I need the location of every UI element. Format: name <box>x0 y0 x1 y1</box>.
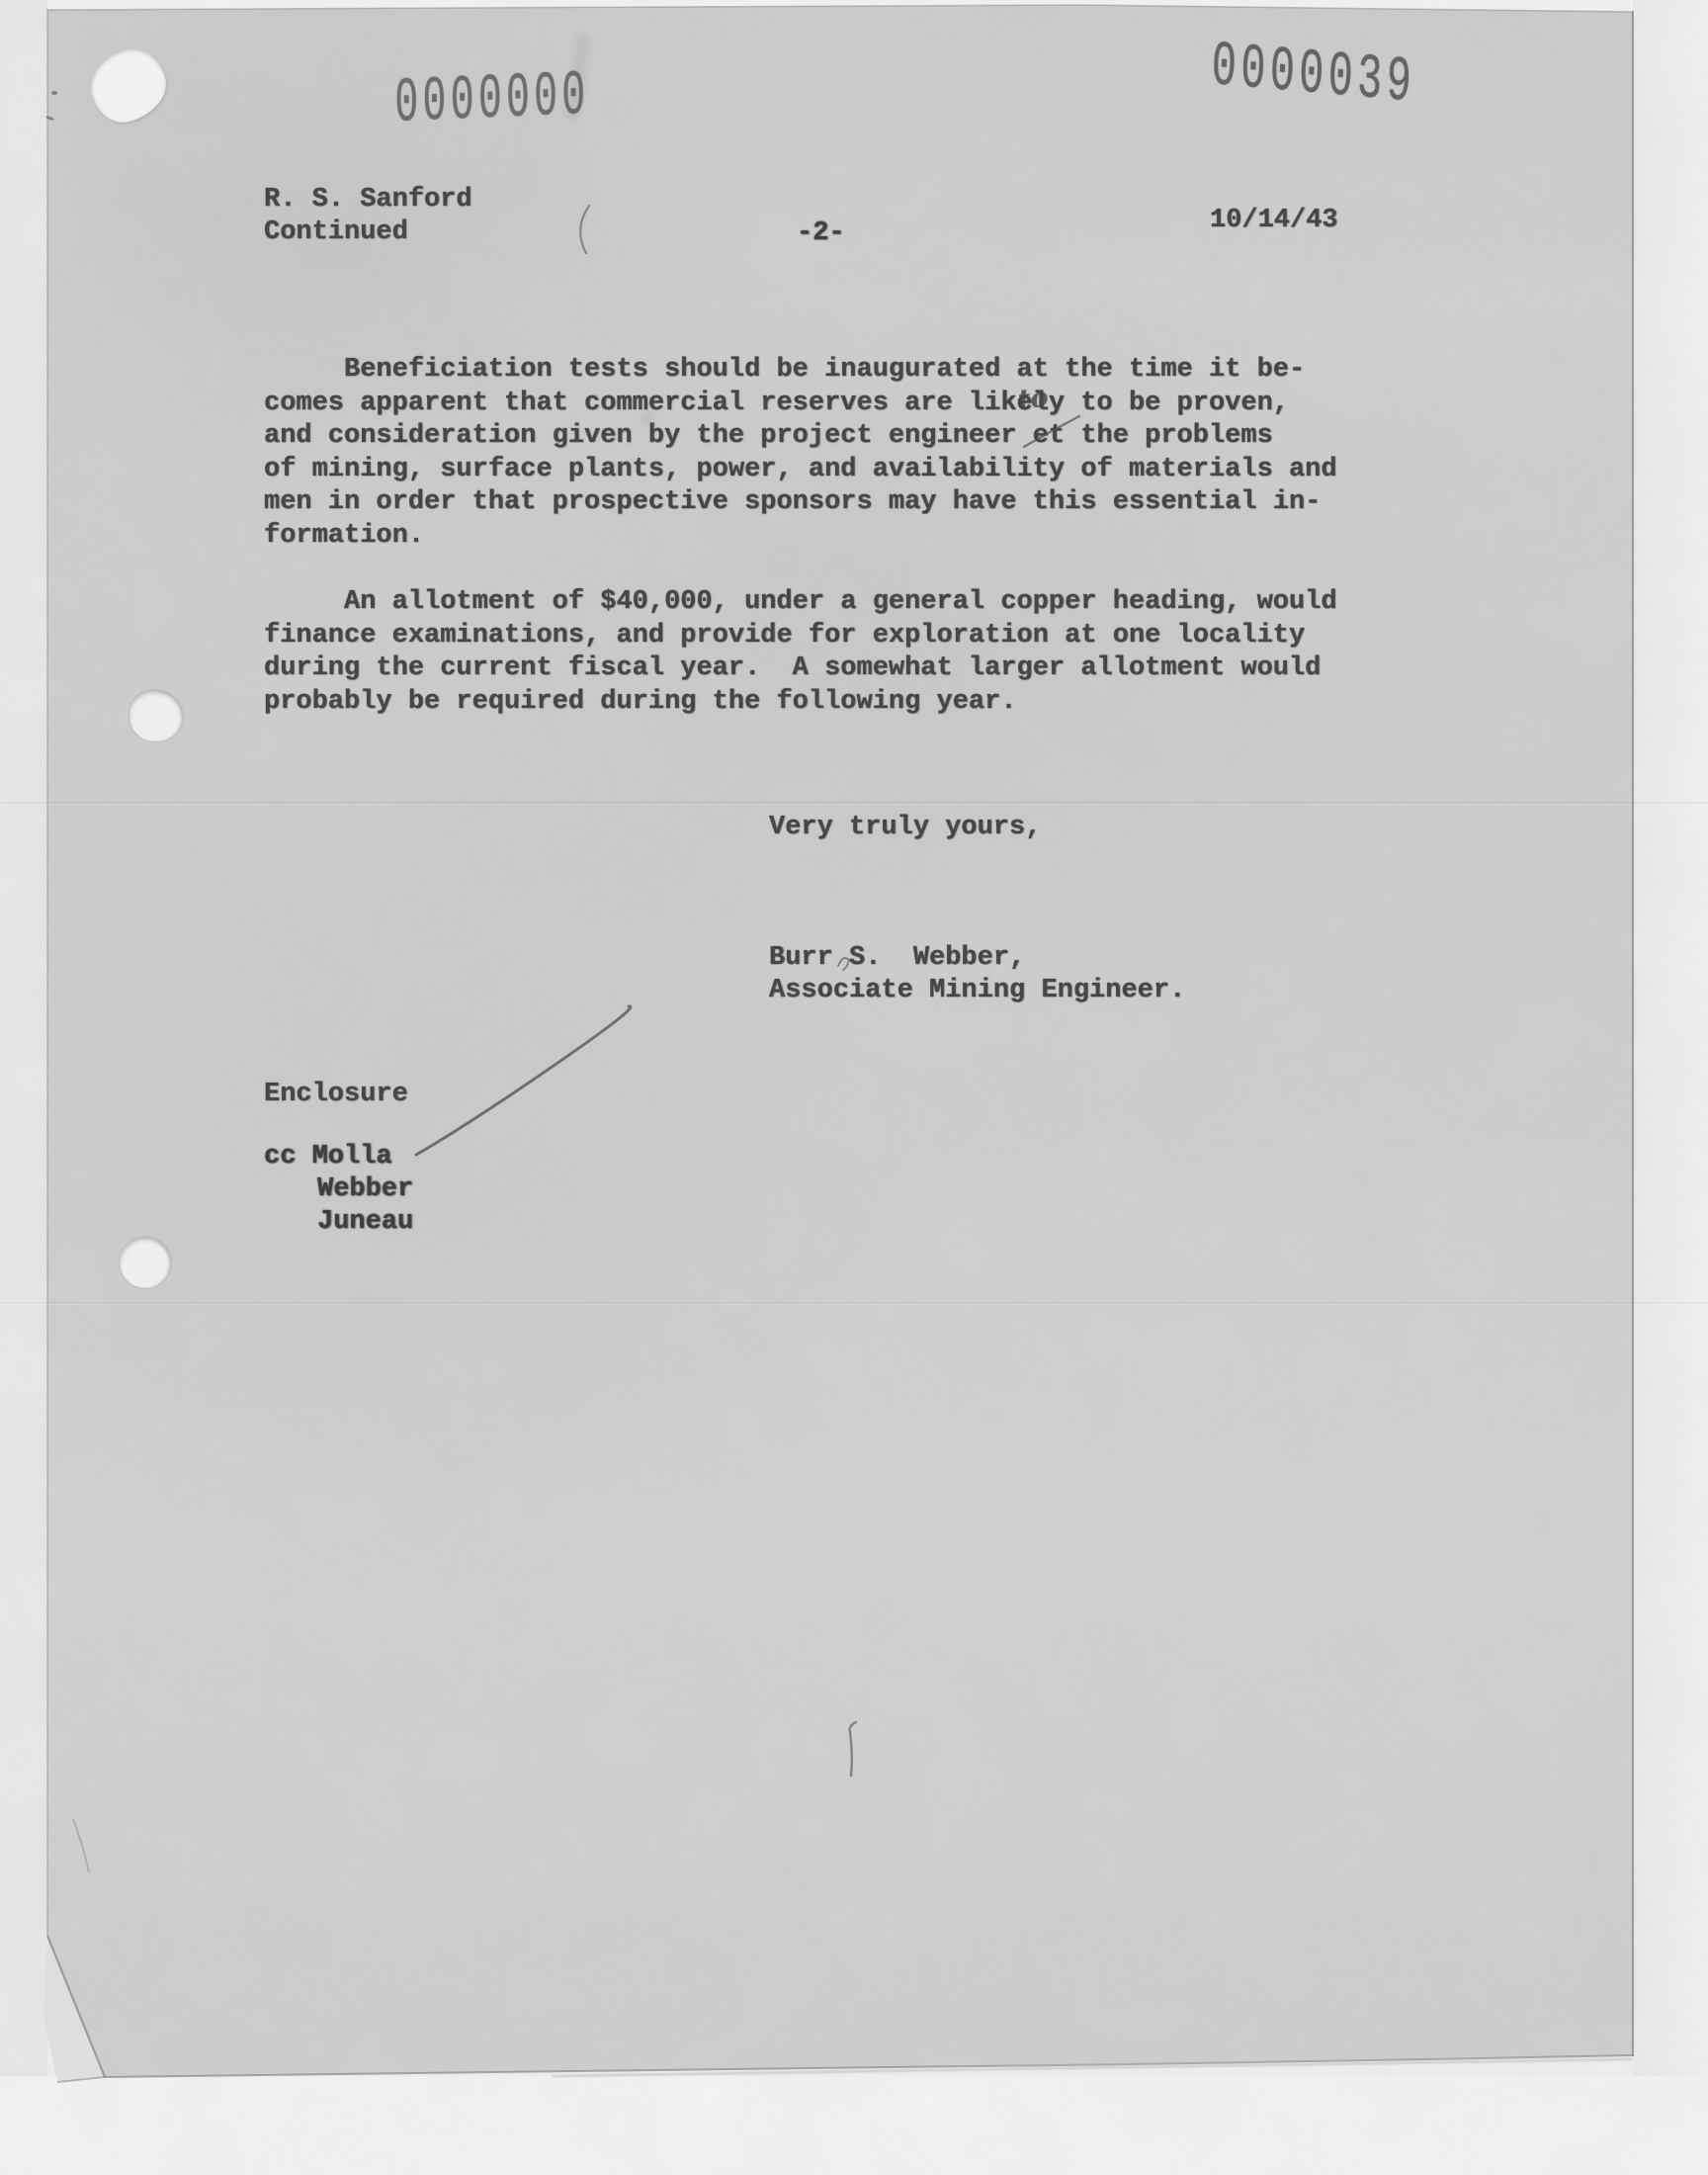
page-number: -2- <box>797 217 845 250</box>
cc-name: Webber <box>317 1173 413 1206</box>
body-line: An allotment of $40,000, under a general… <box>264 585 1337 619</box>
body-line: and consideration given by the project e… <box>264 419 1273 453</box>
body-line: during the current fiscal year. A somewh… <box>264 652 1321 685</box>
body-line: Beneficiation tests should be inaugurate… <box>264 353 1305 387</box>
letter-date: 10/14/43 <box>1210 204 1338 237</box>
body-line: formation. <box>264 519 424 553</box>
addressee-continued: Continued <box>264 216 408 249</box>
enclosure-note: Enclosure <box>264 1078 408 1111</box>
serial-stamp-top-right: 0000039 <box>1211 36 1417 117</box>
body-line: comes apparent that commercial reserves … <box>264 387 1289 420</box>
scan-background-right <box>1633 0 1708 2175</box>
serial-stamp-top-left: 0000000 <box>394 65 590 136</box>
body-line: finance examinations, and provide for ex… <box>264 619 1305 652</box>
scan-artifact-line <box>0 802 1708 804</box>
punch-hole-bottom <box>120 1237 171 1288</box>
addressee-name: R. S. Sanford <box>264 183 472 217</box>
scanned-letter-page: { "stamps": { "top_left": "0000000", "to… <box>0 0 1708 2175</box>
cc-name: Juneau <box>317 1205 413 1239</box>
handwritten-correction: to <box>1017 384 1050 413</box>
paper-sheet <box>0 0 1708 2175</box>
body-line: men in order that prospective sponsors m… <box>264 485 1321 519</box>
punch-hole-top <box>129 690 183 741</box>
valediction: Very truly yours, <box>769 811 1041 844</box>
ink-speck <box>51 91 57 95</box>
body-line: probably be required during the followin… <box>264 685 1017 719</box>
signature-title: Associate Mining Engineer. <box>769 974 1185 1007</box>
scan-background-left <box>0 0 47 2175</box>
signature-name: Burr S. Webber, <box>769 941 1025 975</box>
scan-background-bottom <box>0 2076 1708 2175</box>
scan-artifact-line <box>0 1302 1708 1304</box>
body-line: of mining, surface plants, power, and av… <box>264 453 1337 486</box>
cc-line: cc Molla <box>264 1140 392 1174</box>
